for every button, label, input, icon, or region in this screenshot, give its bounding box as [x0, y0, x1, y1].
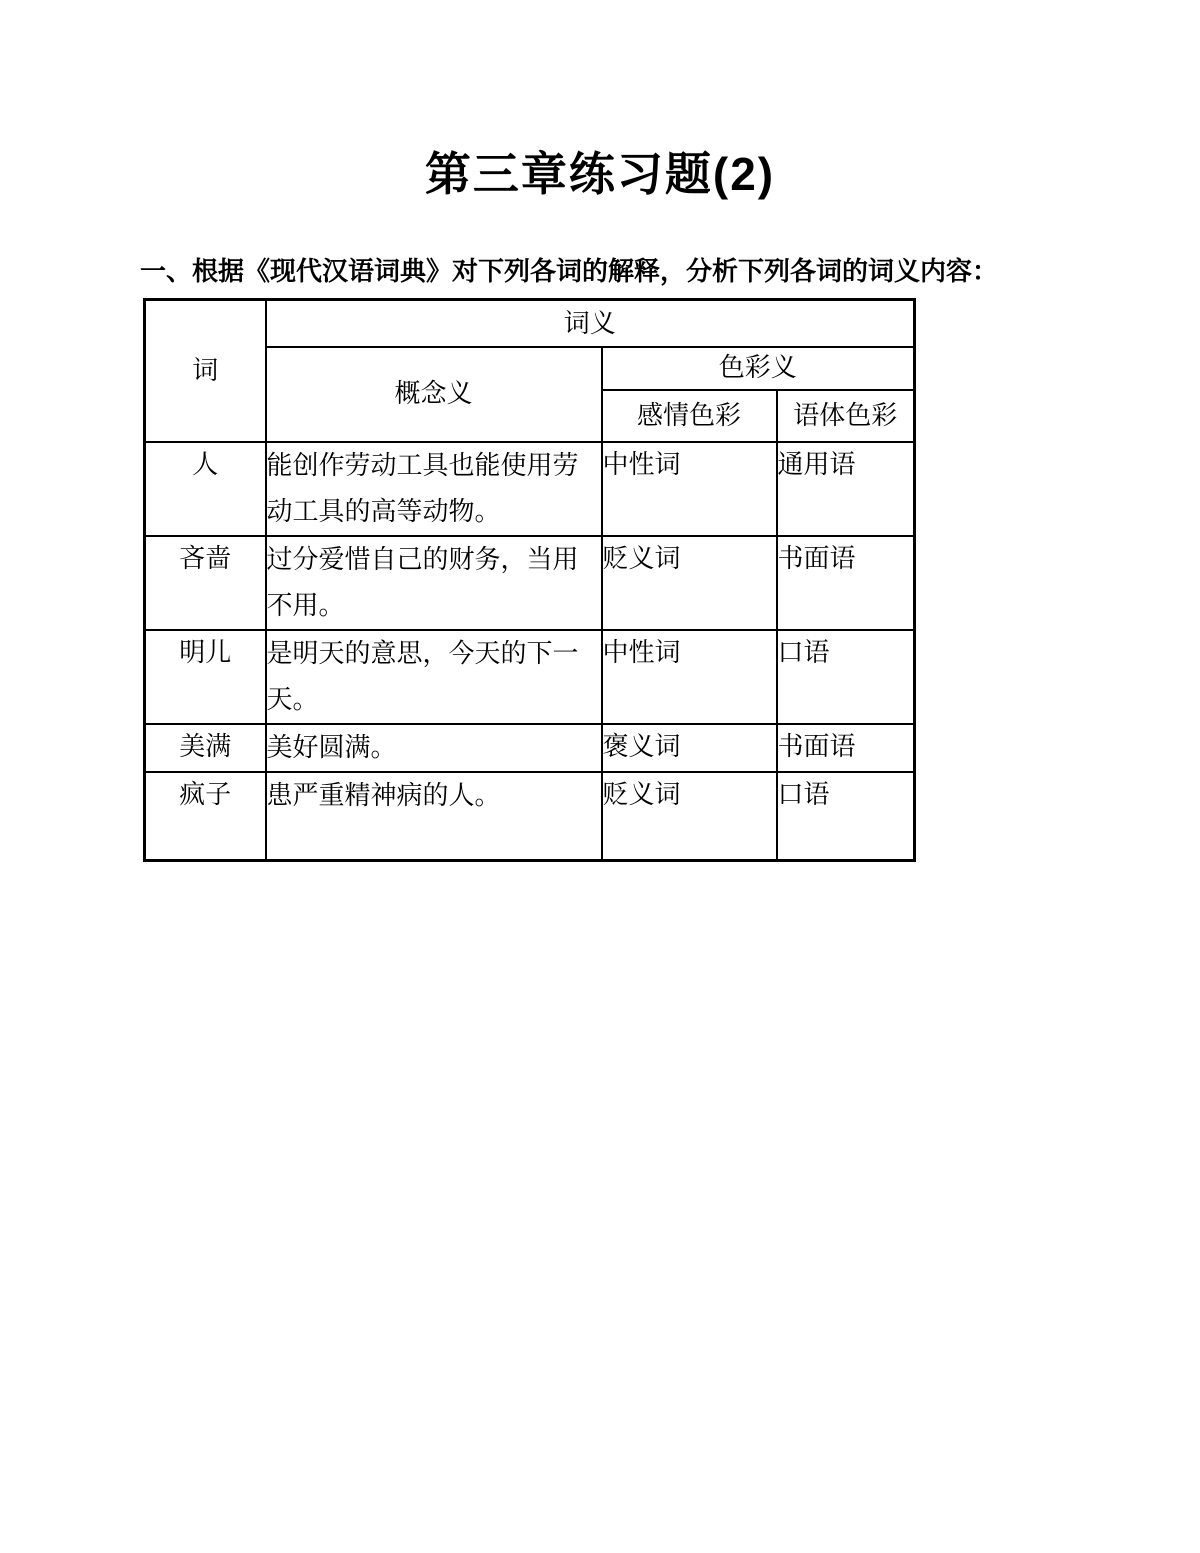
cell-word: 美满 [145, 724, 266, 772]
cell-word: 吝啬 [145, 536, 266, 630]
cell-emotion: 中性词 [602, 442, 777, 536]
cell-word: 疯子 [145, 772, 266, 861]
header-cell-word: 词 [145, 300, 266, 442]
cell-word: 明儿 [145, 630, 266, 724]
header-cell-color: 色彩义 [602, 347, 915, 390]
header-cell-meaning: 词义 [266, 300, 915, 347]
document-page: 第三章练习题(2) 一、根据《现代汉语词典》对下列各词的解释，分析下列各词的词义… [0, 0, 1200, 1553]
table-row: 人 能创作劳动工具也能使用劳动工具的高等动物。 中性词 通用语 [145, 442, 915, 536]
table-row: 吝啬 过分爱惜自己的财务，当用不用。 贬义词 书面语 [145, 536, 915, 630]
word-meaning-table: 词 词义 概念义 色彩义 感情色彩 语体色彩 人 能创作劳动工具也能使用劳动工具… [143, 298, 916, 862]
header-cell-style: 语体色彩 [777, 390, 915, 442]
cell-concept: 美好圆满。 [266, 724, 602, 772]
cell-emotion: 中性词 [602, 630, 777, 724]
header-cell-concept: 概念义 [266, 347, 602, 442]
cell-concept: 能创作劳动工具也能使用劳动工具的高等动物。 [266, 442, 602, 536]
cell-emotion: 褒义词 [602, 724, 777, 772]
table-row: 疯子 患严重精神病的人。 贬义词 口语 [145, 772, 915, 861]
cell-style: 书面语 [777, 536, 915, 630]
table-row: 明儿 是明天的意思，今天的下一天。 中性词 口语 [145, 630, 915, 724]
cell-style: 口语 [777, 630, 915, 724]
header-row-meaning: 词 词义 [145, 300, 915, 347]
table-row: 美满 美好圆满。 褒义词 书面语 [145, 724, 915, 772]
cell-concept: 是明天的意思，今天的下一天。 [266, 630, 602, 724]
cell-concept: 过分爱惜自己的财务，当用不用。 [266, 536, 602, 630]
cell-concept: 患严重精神病的人。 [266, 772, 602, 861]
cell-style: 口语 [777, 772, 915, 861]
cell-emotion: 贬义词 [602, 772, 777, 861]
section-instruction: 一、根据《现代汉语词典》对下列各词的解释，分析下列各词的词义内容： [140, 251, 1060, 288]
cell-style: 书面语 [777, 724, 915, 772]
cell-style: 通用语 [777, 442, 915, 536]
cell-word: 人 [145, 442, 266, 536]
page-title: 第三章练习题(2) [0, 138, 1200, 204]
cell-emotion: 贬义词 [602, 536, 777, 630]
header-cell-emotion: 感情色彩 [602, 390, 777, 442]
